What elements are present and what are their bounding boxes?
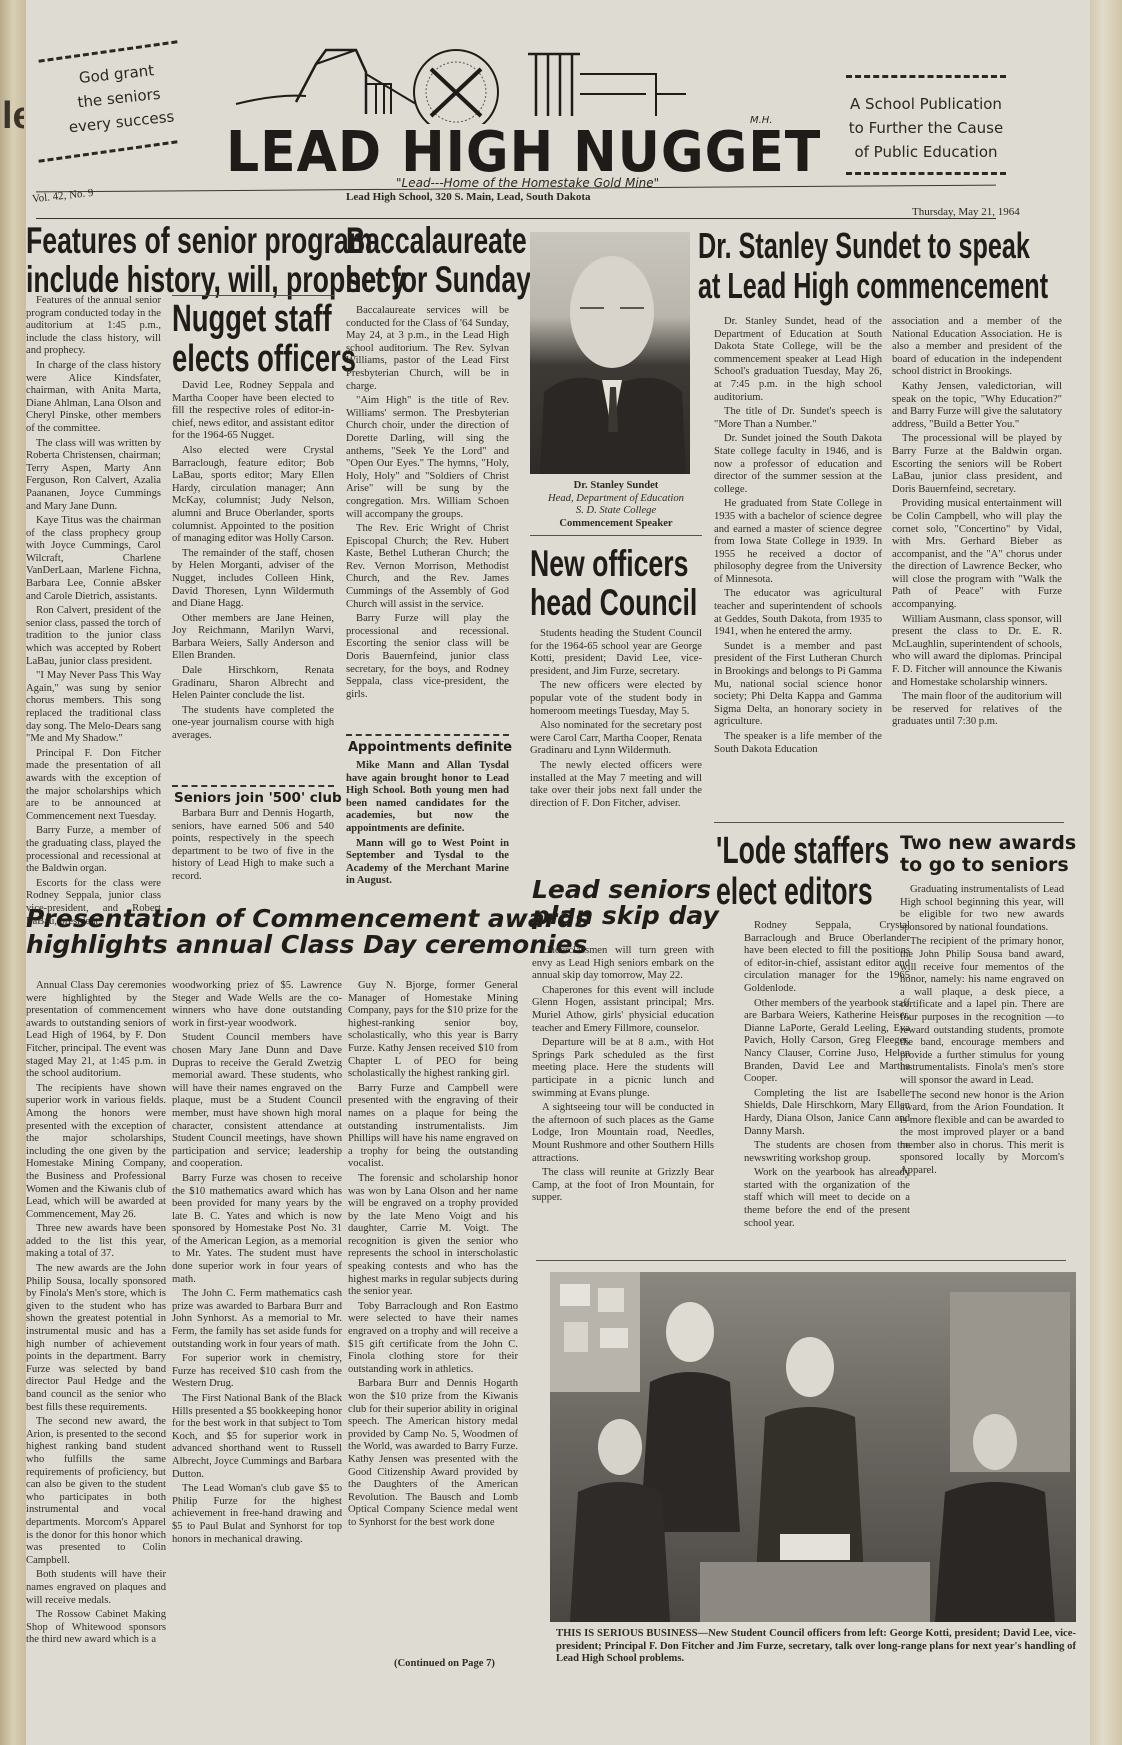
section-divider: [346, 734, 509, 736]
appointments-headline: Appointments definite: [348, 741, 512, 755]
paragraph: William Ausmann, class sponsor, will pre…: [892, 614, 1062, 690]
paragraph: Kathy Jensen, valedictorian, will speak …: [892, 381, 1062, 431]
sundet-body-col2: association and a member of the National…: [892, 316, 1062, 731]
paragraph: Also elected were Crystal Barraclough, f…: [172, 445, 334, 546]
paragraph: Barry Furze, a member of the graduating …: [26, 825, 161, 875]
right-ear-top-dash: [846, 75, 1006, 78]
masthead: God grant the seniors every success M.H.…: [26, 0, 1090, 200]
awards-body: Graduating instrumentalists of Lead High…: [900, 884, 1064, 1180]
right-ear-line: of Public Education: [826, 140, 1026, 164]
paragraph: The processional will be played by Barry…: [892, 433, 1062, 496]
paragraph: The recipients have shown superior work …: [26, 1083, 166, 1222]
headline-line: elect editors: [716, 873, 889, 911]
headline-line: Nugget staff: [172, 300, 356, 338]
paragraph: Completing the list are Isabelle Shields…: [744, 1088, 910, 1138]
previous-page-fragment: ley: [2, 95, 24, 138]
right-ear-line: to Further the Cause: [826, 116, 1026, 140]
paragraph: Also nominated for the secretary post we…: [530, 720, 702, 758]
section-divider: [536, 1260, 1066, 1261]
paragraph: "I May Never Pass This Way Again," was s…: [26, 670, 161, 746]
nugget-staff-headline: Nugget staff elects officers: [172, 300, 356, 378]
paragraph: Kaye Titus was the chairman of the class…: [26, 515, 161, 603]
paragraph: "Aim High" is the title of Rev. Williams…: [346, 395, 509, 521]
paragraph: Other members of the yearbook staff are …: [744, 998, 910, 1086]
paragraph: Providing musical entertainment will be …: [892, 498, 1062, 611]
newspaper-page: God grant the seniors every success M.H.…: [26, 0, 1090, 1745]
paragraph: Baccalaureate services will be conducted…: [346, 305, 509, 393]
paragraph: Barbara Burr and Dennis Hogarth, seniors…: [172, 808, 334, 884]
class-day-headline: Presentation of Commencement awards high…: [26, 906, 590, 959]
paragraph: The recipient of the primary honor, the …: [900, 936, 1064, 1087]
caption-role: Commencement Speaker: [530, 518, 702, 531]
headline-line: set for Sunday: [346, 261, 531, 298]
baccalaureate-headline: Baccalaureate set for Sunday: [346, 222, 531, 298]
council-photo-figures: [550, 1272, 1076, 1622]
paragraph: Ron Calvert, president of the senior cla…: [26, 605, 161, 668]
paragraph: Departure will be at 8 a.m., with Hot Sp…: [532, 1037, 714, 1100]
club-500-body: Barbara Burr and Dennis Hogarth, seniors…: [172, 808, 334, 886]
caption-title: S. D. State College: [530, 505, 702, 518]
paragraph: For superior work in chemistry, Furze ha…: [172, 1353, 342, 1391]
paragraph: The second new honor is the Arion award,…: [900, 1090, 1064, 1178]
paragraph: The remainder of the staff, chosen by He…: [172, 548, 334, 611]
paragraph: The John C. Ferm mathematics cash prize …: [172, 1288, 342, 1351]
paragraph: Dr. Stanley Sundet, head of the Departme…: [714, 316, 882, 404]
lode-headline: 'Lode staffers elect editors: [716, 832, 889, 911]
paragraph: The title of Dr. Sundet's speech is "Mor…: [714, 406, 882, 431]
paragraph: The forensic and scholarship honor was w…: [348, 1173, 518, 1299]
paragraph: Barry Furze was chosen to receive the $1…: [172, 1173, 342, 1286]
paragraph: The First National Bank of the Black Hil…: [172, 1393, 342, 1481]
nugget-staff-top-rule: [172, 295, 334, 296]
caption-lead: THIS IS SERIOUS BUSINESS: [556, 1628, 698, 1639]
right-ear-line: A School Publication: [826, 92, 1026, 116]
paragraph: The students have completed the one-year…: [172, 705, 334, 743]
headline-line: highlights annual Class Day ceremonies: [26, 932, 590, 958]
headline-line: at Lead High commencement: [698, 268, 1048, 304]
headline-line: Baccalaureate: [346, 222, 531, 259]
paragraph: Mike Mann and Allan Tysdal have again br…: [346, 760, 509, 836]
school-address: Lead High School, 320 S. Main, Lead, Sou…: [346, 191, 591, 203]
page-edge: [1090, 0, 1122, 1745]
paragraph: David Lee, Rodney Seppala and Martha Coo…: [172, 380, 334, 443]
council-photo-caption: THIS IS SERIOUS BUSINESS—New Student Cou…: [556, 1628, 1076, 1666]
paragraph: He graduated from State College in 1935 …: [714, 498, 882, 586]
paragraph: The educator was agricultural teacher an…: [714, 588, 882, 638]
class-day-body-col1: Annual Class Day ceremonies were highlig…: [26, 980, 166, 1649]
skip-day-body: Underclassmen will turn green with envy …: [532, 945, 714, 1207]
paragraph: The Rossow Cabinet Making Shop of Whitew…: [26, 1609, 166, 1647]
paragraph: The newly elected officers were installe…: [530, 760, 702, 810]
paragraph: Barry Furze will play the processional a…: [346, 613, 509, 701]
paragraph: Guy N. Bjorge, former General Manager of…: [348, 980, 518, 1081]
paragraph: The new awards are the John Philip Sousa…: [26, 1263, 166, 1414]
paragraph: Features of the annual senior program co…: [26, 295, 161, 358]
paragraph: The second new award, the Arion, is pres…: [26, 1416, 166, 1567]
paragraph: Student Council members have chosen Mary…: [172, 1032, 342, 1171]
paragraph: Barbara Burr and Dennis Hogarth won the …: [348, 1378, 518, 1529]
council-body: Students heading the Student Council for…: [530, 628, 702, 812]
caption-title: Head, Department of Education: [530, 493, 702, 506]
headline-line: Presentation of Commencement awards: [26, 906, 590, 932]
paragraph: Work on the yearbook has already started…: [744, 1167, 910, 1230]
student-council-photo: [550, 1272, 1076, 1622]
paragraph: Sundet is a member and past president of…: [714, 641, 882, 729]
paragraph: The students are chosen from the newswri…: [744, 1140, 910, 1165]
paragraph: Three new awards have been added to the …: [26, 1223, 166, 1261]
headline-line: 'Lode staffers: [716, 832, 889, 870]
section-divider: [714, 822, 1064, 823]
dateline-bottom-rule: [36, 218, 996, 219]
portrait-figure: [530, 232, 690, 474]
paragraph: A sightseeing tour will be conducted in …: [532, 1102, 714, 1165]
awards-headline: Two new awards to go to seniors: [900, 832, 1076, 876]
sundet-headline: Dr. Stanley Sundet to speak at Lead High…: [698, 228, 1048, 304]
headline-line: New officers: [530, 545, 697, 582]
headline-line: elects officers: [172, 340, 356, 378]
section-divider: [530, 535, 702, 536]
mine-headframe-illustration: [216, 44, 796, 124]
paragraph: The Rev. Eric Wright of Christ Episcopal…: [346, 523, 509, 611]
paragraph: The class will reunite at Grizzly Bear C…: [532, 1167, 714, 1205]
council-headline: New officers head Council: [530, 545, 697, 621]
headline-line: Two new awards: [900, 832, 1076, 854]
club-500-headline: Seniors join '500' club: [174, 791, 342, 806]
paragraph: The speaker is a life member of the Sout…: [714, 731, 882, 756]
paragraph: association and a member of the National…: [892, 316, 1062, 379]
paragraph: Toby Barraclough and Ron Eastmo were sel…: [348, 1301, 518, 1377]
paragraph: woodworking priez of $5. Lawrence Steger…: [172, 980, 342, 1030]
sundet-photo-caption: Dr. Stanley Sundet Head, Department of E…: [530, 480, 702, 530]
paragraph: Dr. Sundet joined the South Dakota State…: [714, 433, 882, 496]
lode-body: Rodney Seppala, Crystal Barraclough and …: [744, 920, 910, 1232]
sundet-portrait-photo: [530, 232, 690, 474]
book-binding-gutter: ley: [0, 0, 28, 1745]
right-ear: A School Publication to Further the Caus…: [826, 92, 1026, 164]
section-divider: [172, 785, 334, 787]
paragraph: Rodney Seppala, Crystal Barraclough and …: [744, 920, 910, 996]
paragraph: Principal F. Don Fitcher made the presen…: [26, 748, 161, 824]
issue-date: Thursday, May 21, 1964: [912, 206, 1020, 218]
senior-program-body: Features of the annual senior program co…: [26, 295, 161, 930]
sundet-body-col1: Dr. Stanley Sundet, head of the Departme…: [714, 316, 882, 758]
class-day-body-col3: Guy N. Bjorge, former General Manager of…: [348, 980, 518, 1532]
headline-line: Lead seniors: [532, 877, 719, 903]
nugget-staff-body: David Lee, Rodney Seppala and Martha Coo…: [172, 380, 334, 745]
paragraph: Chaperones for this event will include G…: [532, 985, 714, 1035]
paragraph: Dale Hirschkorn, Renata Gradinaru, Sharo…: [172, 665, 334, 703]
paragraph: Barry Furze and Campbell were presented …: [348, 1083, 518, 1171]
paragraph: Annual Class Day ceremonies were highlig…: [26, 980, 166, 1081]
continued-jump-line[interactable]: (Continued on Page 7): [394, 1658, 495, 1671]
paragraph: In charge of the class history were Alic…: [26, 360, 161, 436]
headline-line: head Council: [530, 584, 697, 621]
paragraph: The main floor of the auditorium will be…: [892, 691, 1062, 729]
paragraph: Students heading the Student Council for…: [530, 628, 702, 678]
paragraph: Graduating instrumentalists of Lead High…: [900, 884, 1064, 934]
paragraph: The new officers were elected by popular…: [530, 680, 702, 718]
left-ear: God grant the seniors every success: [51, 55, 188, 140]
paragraph: Mann will go to West Point in September …: [346, 838, 509, 888]
right-ear-bottom-dash: [846, 172, 1006, 175]
paragraph: The Lead Woman's club gave $5 to Philip …: [172, 1483, 342, 1546]
paragraph: Other members are Jane Heinen, Joy Reich…: [172, 613, 334, 663]
class-day-body-col2: woodworking priez of $5. Lawrence Steger…: [172, 980, 342, 1548]
appointments-body: Mike Mann and Allan Tysdal have again br…: [346, 760, 509, 890]
paragraph: Both students will have their names engr…: [26, 1569, 166, 1607]
headline-line: to go to seniors: [900, 854, 1076, 876]
headline-line: Dr. Stanley Sundet to speak: [698, 228, 1048, 264]
left-ear-bottom-dash: [38, 140, 177, 162]
baccalaureate-body: Baccalaureate services will be conducted…: [346, 305, 509, 703]
paragraph: The class will was written by Roberta Ch…: [26, 438, 161, 514]
caption-name: Dr. Stanley Sundet: [530, 480, 702, 493]
